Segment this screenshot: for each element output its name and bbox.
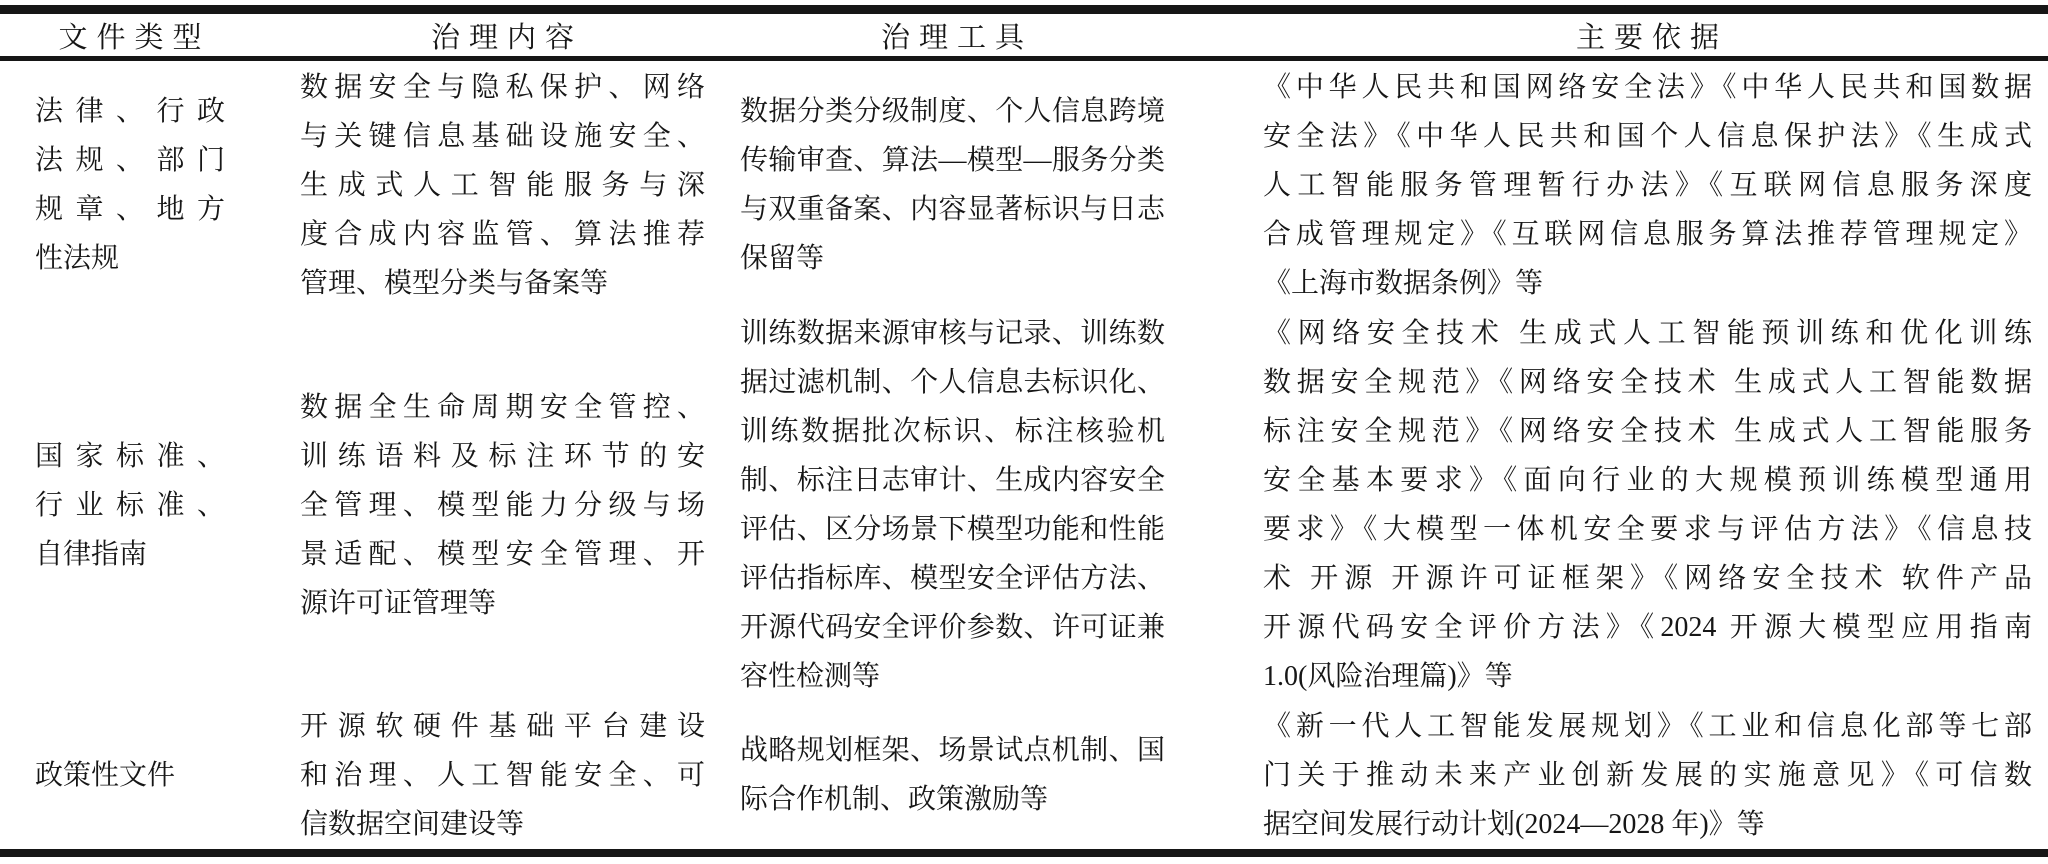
cell-file-type-text: 国家标准、行业标准、自律指南 [35,432,225,579]
cell-file-type: 国家标准、行业标准、自律指南 [0,309,270,701]
cell-main-basis-text: 《新一代人工智能发展规划》《工业和信息化部等七部门关于推动未来产业创新发展的实施… [1263,702,2032,849]
cell-file-type: 法律、行政法规、部门规章、地方性法规 [0,61,270,309]
column-header-main-basis-label: 主要依据 [1576,15,1728,56]
cell-governance-tools: 训练数据来源审核与记录、训练数据过滤机制、个人信息去标识化、训练数据批次标识、标… [720,309,1180,701]
table-row-laws-regulations: 法律、行政法规、部门规章、地方性法规 数据安全与隐私保护、网络与关键信息基础设施… [0,61,2048,309]
cell-main-basis: 《中华人民共和国网络安全法》《中华人民共和国数据安全法》《中华人民共和国个人信息… [1180,61,2048,309]
column-header-main-basis: 主要依据 [1180,14,2048,56]
column-header-file-type-label: 文件类型 [58,15,210,56]
cell-governance-tools: 战略规划框架、场景试点机制、国际合作机制、政策激励等 [720,701,1180,849]
cell-governance-tools: 数据分类分级制度、个人信息跨境传输审查、算法—模型—服务分类与双重备案、内容显著… [720,61,1180,309]
table-bottom-rule [0,849,2048,857]
cell-file-type-text: 政策性文件 [35,751,225,800]
cell-governance-content-text: 数据安全与隐私保护、网络与关键信息基础设施安全、生成式人工智能服务与深度合成内容… [300,63,705,308]
cell-governance-content: 开源软硬件基础平台建设和治理、人工智能安全、可信数据空间建设等 [270,701,720,849]
table-header-row: 文件类型 治理内容 治理工具 主要依据 [0,14,2048,56]
cell-governance-content: 数据安全与隐私保护、网络与关键信息基础设施安全、生成式人工智能服务与深度合成内容… [270,61,720,309]
cell-governance-tools-text: 数据分类分级制度、个人信息跨境传输审查、算法—模型—服务分类与双重备案、内容显著… [740,87,1165,283]
cell-main-basis: 《新一代人工智能发展规划》《工业和信息化部等七部门关于推动未来产业创新发展的实施… [1180,701,2048,849]
column-header-file-type: 文件类型 [0,14,270,56]
cell-governance-tools-text: 训练数据来源审核与记录、训练数据过滤机制、个人信息去标识化、训练数据批次标识、标… [740,309,1165,701]
cell-governance-content-text: 开源软硬件基础平台建设和治理、人工智能安全、可信数据空间建设等 [300,702,705,849]
cell-file-type: 政策性文件 [0,701,270,849]
cell-file-type-text: 法律、行政法规、部门规章、地方性法规 [35,87,225,283]
cell-governance-content: 数据全生命周期安全管控、训练语料及标注环节的安全管理、模型能力分级与场景适配、模… [270,309,720,701]
column-header-governance-content: 治理内容 [270,14,720,56]
column-header-governance-tools: 治理工具 [720,14,1180,56]
table-row-policy-documents: 政策性文件 开源软硬件基础平台建设和治理、人工智能安全、可信数据空间建设等 战略… [0,701,2048,849]
column-header-governance-tools-label: 治理工具 [881,15,1033,56]
table-top-rule [0,5,2048,14]
cell-governance-tools-text: 战略规划框架、场景试点机制、国际合作机制、政策激励等 [740,726,1165,824]
cell-main-basis-text: 《网络安全技术 生成式人工智能预训练和优化训练数据安全规范》《网络安全技术 生成… [1263,309,2032,701]
column-header-governance-content-label: 治理内容 [431,15,583,56]
cell-main-basis-text: 《中华人民共和国网络安全法》《中华人民共和国数据安全法》《中华人民共和国个人信息… [1263,63,2032,308]
cell-main-basis: 《网络安全技术 生成式人工智能预训练和优化训练数据安全规范》《网络安全技术 生成… [1180,309,2048,701]
cell-governance-content-text: 数据全生命周期安全管控、训练语料及标注环节的安全管理、模型能力分级与场景适配、模… [300,383,705,628]
table-row-standards-guidelines: 国家标准、行业标准、自律指南 数据全生命周期安全管控、训练语料及标注环节的安全管… [0,309,2048,701]
paper-table-page: 文件类型 治理内容 治理工具 主要依据 法律、行政法规、部门规章、地方性法规 数… [0,0,2048,864]
